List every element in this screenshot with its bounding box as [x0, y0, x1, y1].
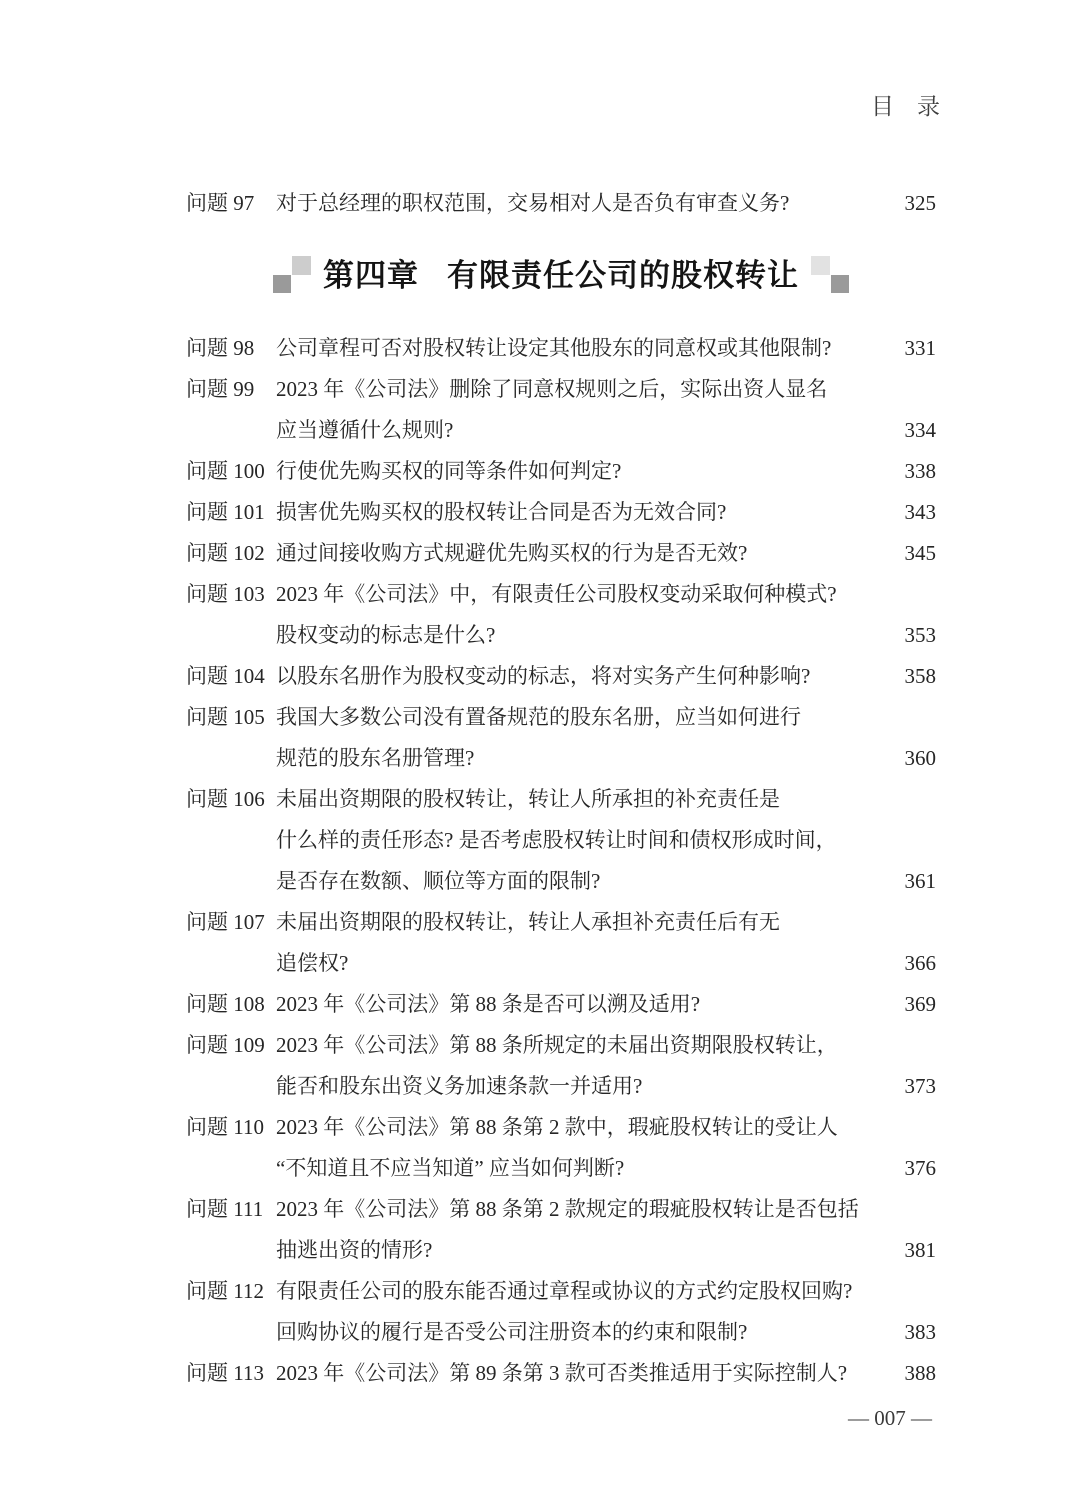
toc-entry-label: 问题 105 [186, 697, 276, 738]
chapter-ornament-left-icon [273, 254, 311, 298]
toc-entry-page: 373 [905, 1066, 937, 1107]
toc-entry: 什么样的责任形态? 是否考虑股权转让时间和债权形成时间， [186, 820, 936, 861]
footer-page-number: — 007 — [848, 1406, 932, 1431]
toc-entry-page: 361 [905, 861, 937, 902]
toc-entry-label: 问题 102 [186, 533, 276, 574]
toc-entry-title: 未届出资期限的股权转让，转让人承担补充责任后有无 [276, 902, 926, 943]
toc-entry-title: 2023 年《公司法》第 88 条是否可以溯及适用? [276, 984, 895, 1025]
toc-entry: “不知道且不应当知道” 应当如何判断? 376 [186, 1148, 936, 1189]
toc-entry: 追偿权? 366 [186, 943, 936, 984]
toc-entry: 抽逃出资的情形? 381 [186, 1230, 936, 1271]
toc-entry-page: 360 [905, 738, 937, 779]
toc-entry-title: 应当遵循什么规则? [276, 410, 895, 451]
toc-entry: 规范的股东名册管理? 360 [186, 738, 936, 779]
chapter-heading: 第四章有限责任公司的股权转让 [186, 246, 936, 306]
toc-entry: 问题 109 2023 年《公司法》第 88 条所规定的未届出资期限股权转让， [186, 1025, 936, 1066]
toc-entry-label: 问题 113 [186, 1353, 276, 1394]
toc-entry-label: 问题 97 [186, 183, 276, 224]
toc-entry-label: 问题 110 [186, 1107, 276, 1148]
toc-entry: 问题 98 公司章程可否对股权转让设定其他股东的同意权或其他限制? 331 [186, 328, 936, 369]
toc-entry-label: 问题 101 [186, 492, 276, 533]
toc-entry-title: 有限责任公司的股东能否通过章程或协议的方式约定股权回购? [276, 1271, 926, 1312]
toc-entry: 问题 105 我国大多数公司没有置备规范的股东名册，应当如何进行 [186, 697, 936, 738]
ornament-square-dark [831, 275, 849, 293]
toc-entry-page: 369 [905, 984, 937, 1025]
toc-entry: 应当遵循什么规则? 334 [186, 410, 936, 451]
toc-entry-title: 回购协议的履行是否受公司注册资本的约束和限制? [276, 1312, 895, 1353]
toc-entry-title: 未届出资期限的股权转让，转让人所承担的补充责任是 [276, 779, 926, 820]
chapter-ornament-right-icon [811, 254, 849, 298]
toc-entry-page: 325 [905, 183, 937, 224]
toc-entry-title: 2023 年《公司法》中，有限责任公司股权变动采取何种模式? [276, 574, 926, 615]
toc-entry-label: 问题 98 [186, 328, 276, 369]
toc-entry-label: 问题 112 [186, 1271, 276, 1312]
toc-entry-label: 问题 108 [186, 984, 276, 1025]
toc-entry-label: 问题 99 [186, 369, 276, 410]
toc-entry-title: 2023 年《公司法》第 88 条第 2 款中，瑕疵股权转让的受让人 [276, 1107, 926, 1148]
toc-entry-page: 338 [905, 451, 937, 492]
toc-entry: 问题 102 通过间接收购方式规避优先购买权的行为是否无效? 345 [186, 533, 936, 574]
toc-entry-page: 383 [905, 1312, 937, 1353]
toc-entry-title: 2023 年《公司法》第 88 条第 2 款规定的瑕疵股权转让是否包括 [276, 1189, 926, 1230]
toc-entry-page: 343 [905, 492, 937, 533]
toc-section-before-chapter: 问题 97 对于总经理的职权范围，交易相对人是否负有审查义务? 325 [186, 183, 936, 224]
toc-entry-title: 公司章程可否对股权转让设定其他股东的同意权或其他限制? [276, 328, 895, 369]
toc-entry-title: 我国大多数公司没有置备规范的股东名册，应当如何进行 [276, 697, 926, 738]
ornament-square-dark [273, 275, 291, 293]
toc-entry: 问题 112 有限责任公司的股东能否通过章程或协议的方式约定股权回购? [186, 1271, 936, 1312]
ornament-square-light [292, 256, 311, 275]
toc-entry-title: 行使优先购买权的同等条件如何判定? [276, 451, 895, 492]
toc-entry-title: 追偿权? [276, 943, 895, 984]
toc-entry: 股权变动的标志是什么? 353 [186, 615, 936, 656]
toc-entry-page: 345 [905, 533, 937, 574]
toc-entry-page: 331 [905, 328, 937, 369]
toc-entry-title: 通过间接收购方式规避优先购买权的行为是否无效? [276, 533, 895, 574]
toc-entry: 是否存在数额、顺位等方面的限制? 361 [186, 861, 936, 902]
toc-entry-page: 366 [905, 943, 937, 984]
toc-entry-title: 规范的股东名册管理? [276, 738, 895, 779]
toc-entry: 问题 107 未届出资期限的股权转让，转让人承担补充责任后有无 [186, 902, 936, 943]
toc-entry-label: 问题 104 [186, 656, 276, 697]
toc-entry-title: 2023 年《公司法》第 89 条第 3 款可否类推适用于实际控制人? [276, 1353, 895, 1394]
toc-entry-page: 358 [905, 656, 937, 697]
toc-entry: 问题 97 对于总经理的职权范围，交易相对人是否负有审查义务? 325 [186, 183, 936, 224]
toc-entry-title: 股权变动的标志是什么? [276, 615, 895, 656]
toc-entry: 问题 110 2023 年《公司法》第 88 条第 2 款中，瑕疵股权转让的受让… [186, 1107, 936, 1148]
toc-entry-title: 损害优先购买权的股权转让合同是否为无效合同? [276, 492, 895, 533]
toc-entry: 问题 100 行使优先购买权的同等条件如何判定? 338 [186, 451, 936, 492]
toc-entry: 问题 104 以股东名册作为股权变动的标志，将对实务产生何种影响? 358 [186, 656, 936, 697]
toc-entry: 问题 108 2023 年《公司法》第 88 条是否可以溯及适用? 369 [186, 984, 936, 1025]
toc-entry-title: 以股东名册作为股权变动的标志，将对实务产生何种影响? [276, 656, 895, 697]
toc-entry-page: 388 [905, 1353, 937, 1394]
chapter-name: 有限责任公司的股权转让 [447, 258, 799, 293]
toc-entry-title: 什么样的责任形态? 是否考虑股权转让时间和债权形成时间， [276, 820, 926, 861]
toc-entry-page: 376 [905, 1148, 937, 1189]
toc-entry-label: 问题 107 [186, 902, 276, 943]
toc-entry: 问题 103 2023 年《公司法》中，有限责任公司股权变动采取何种模式? [186, 574, 936, 615]
toc-entry-label: 问题 109 [186, 1025, 276, 1066]
toc-section-after-chapter: 问题 98 公司章程可否对股权转让设定其他股东的同意权或其他限制? 331 问题… [186, 328, 936, 1394]
toc-entry-title: 是否存在数额、顺位等方面的限制? [276, 861, 895, 902]
toc-entry: 问题 113 2023 年《公司法》第 89 条第 3 款可否类推适用于实际控制… [186, 1353, 936, 1394]
chapter-title: 第四章有限责任公司的股权转让 [323, 246, 799, 306]
toc-entry: 能否和股东出资义务加速条款一并适用? 373 [186, 1066, 936, 1107]
toc-entry: 问题 99 2023 年《公司法》删除了同意权规则之后，实际出资人显名 [186, 369, 936, 410]
toc-entry: 回购协议的履行是否受公司注册资本的约束和限制? 383 [186, 1312, 936, 1353]
toc-entry-title: 对于总经理的职权范围，交易相对人是否负有审查义务? [276, 183, 895, 224]
toc-entry-title: 2023 年《公司法》删除了同意权规则之后，实际出资人显名 [276, 369, 926, 410]
toc-entry-page: 334 [905, 410, 937, 451]
toc-page: 目 录 问题 97 对于总经理的职权范围，交易相对人是否负有审查义务? 325 … [0, 0, 1080, 1509]
chapter-number: 第四章 [323, 258, 419, 293]
toc-entry-label: 问题 103 [186, 574, 276, 615]
toc-entry-label: 问题 111 [186, 1189, 276, 1230]
toc-entry: 问题 111 2023 年《公司法》第 88 条第 2 款规定的瑕疵股权转让是否… [186, 1189, 936, 1230]
toc-entry-label: 问题 100 [186, 451, 276, 492]
toc-entry-title: “不知道且不应当知道” 应当如何判断? [276, 1148, 895, 1189]
toc-entry-title: 抽逃出资的情形? [276, 1230, 895, 1271]
toc-entry-title: 2023 年《公司法》第 88 条所规定的未届出资期限股权转让， [276, 1025, 926, 1066]
toc-entry-label: 问题 106 [186, 779, 276, 820]
toc-entry: 问题 106 未届出资期限的股权转让，转让人所承担的补充责任是 [186, 779, 936, 820]
toc-entry-page: 381 [905, 1230, 937, 1271]
page-header-title: 目 录 [871, 88, 940, 121]
toc-entry-page: 353 [905, 615, 937, 656]
toc-entry: 问题 101 损害优先购买权的股权转让合同是否为无效合同? 343 [186, 492, 936, 533]
ornament-square-light [811, 256, 830, 275]
toc-entry-title: 能否和股东出资义务加速条款一并适用? [276, 1066, 895, 1107]
